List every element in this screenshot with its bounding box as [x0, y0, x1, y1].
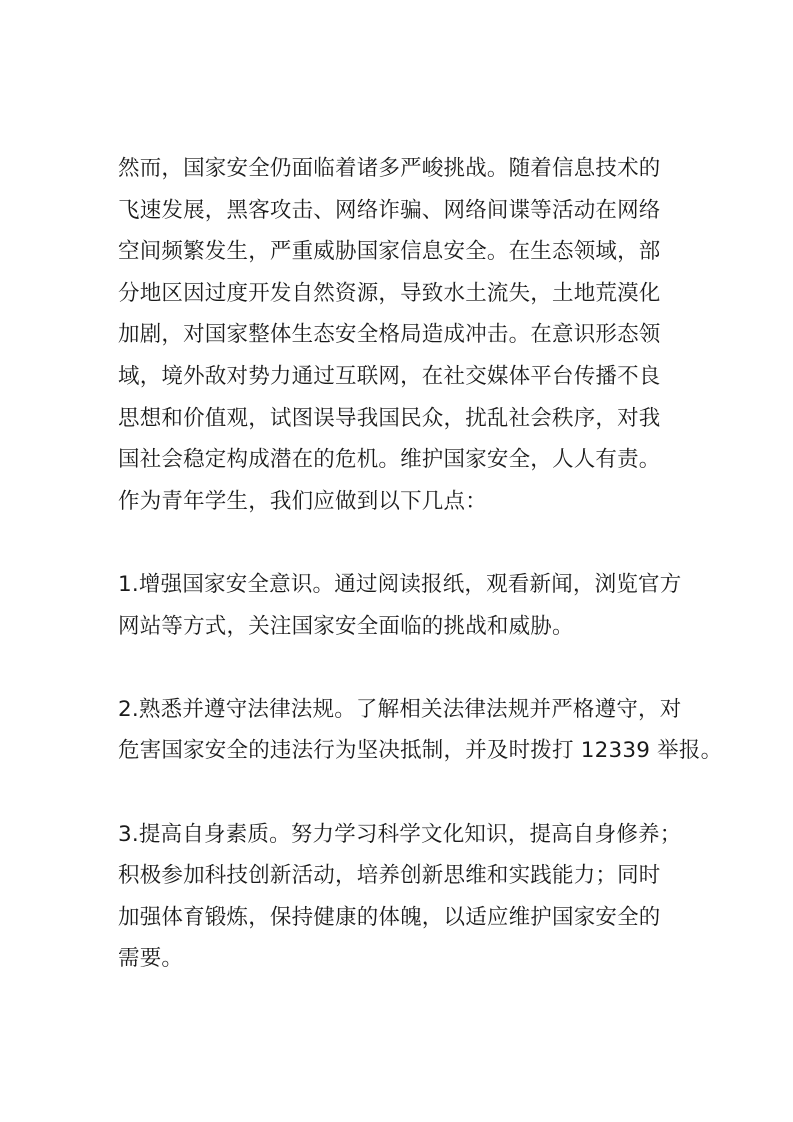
text-line: 国社会稳定构成潜在的危机。维护国家安全，人人有责。	[118, 439, 698, 481]
text-line: 需要。	[118, 938, 698, 980]
text-line: 网站等方式，关注国家安全面临的挑战和威胁。	[118, 606, 698, 648]
text-line: 危害国家安全的违法行为坚决抵制，并及时拨打 12339 举报。	[118, 730, 698, 772]
intro-paragraph: 然而，国家安全仍面临着诸多严峻挑战。随着信息技术的 飞速发展，黑客攻击、网络诈骗…	[118, 148, 698, 522]
text-line: 2.熟悉并遵守法律法规。了解相关法律法规并严格遵守，对	[118, 689, 698, 731]
text-line: 然而，国家安全仍面临着诸多严峻挑战。随着信息技术的	[118, 148, 698, 190]
text-line: 域，境外敌对势力通过互联网，在社交媒体平台传播不良	[118, 356, 698, 398]
text-line: 作为青年学生，我们应做到以下几点：	[118, 481, 698, 523]
text-line: 加强体育锻炼，保持健康的体魄，以适应维护国家安全的	[118, 897, 698, 939]
paragraph-spacer	[118, 522, 698, 564]
text-line: 分地区因过度开发自然资源，导致水土流失，土地荒漠化	[118, 273, 698, 315]
point-2-paragraph: 2.熟悉并遵守法律法规。了解相关法律法规并严格遵守，对 危害国家安全的违法行为坚…	[118, 689, 698, 772]
text-line: 空间频繁发生，严重威胁国家信息安全。在生态领域，部	[118, 231, 698, 273]
text-line: 思想和价值观，试图误导我国民众，扰乱社会秩序，对我	[118, 398, 698, 440]
text-line: 飞速发展，黑客攻击、网络诈骗、网络间谍等活动在网络	[118, 190, 698, 232]
paragraph-spacer	[118, 772, 698, 814]
paragraph-spacer	[118, 647, 698, 689]
point-3-paragraph: 3.提高自身素质。努力学习科学文化知识，提高自身修养； 积极参加科技创新活动，培…	[118, 814, 698, 980]
document-page: 然而，国家安全仍面临着诸多严峻挑战。随着信息技术的 飞速发展，黑客攻击、网络诈骗…	[118, 148, 698, 980]
text-line: 1.增强国家安全意识。通过阅读报纸，观看新闻，浏览官方	[118, 564, 698, 606]
text-line: 积极参加科技创新活动，培养创新思维和实践能力；同时	[118, 855, 698, 897]
text-line: 3.提高自身素质。努力学习科学文化知识，提高自身修养；	[118, 814, 698, 856]
point-1-paragraph: 1.增强国家安全意识。通过阅读报纸，观看新闻，浏览官方 网站等方式，关注国家安全…	[118, 564, 698, 647]
text-line: 加剧，对国家整体生态安全格局造成冲击。在意识形态领	[118, 314, 698, 356]
